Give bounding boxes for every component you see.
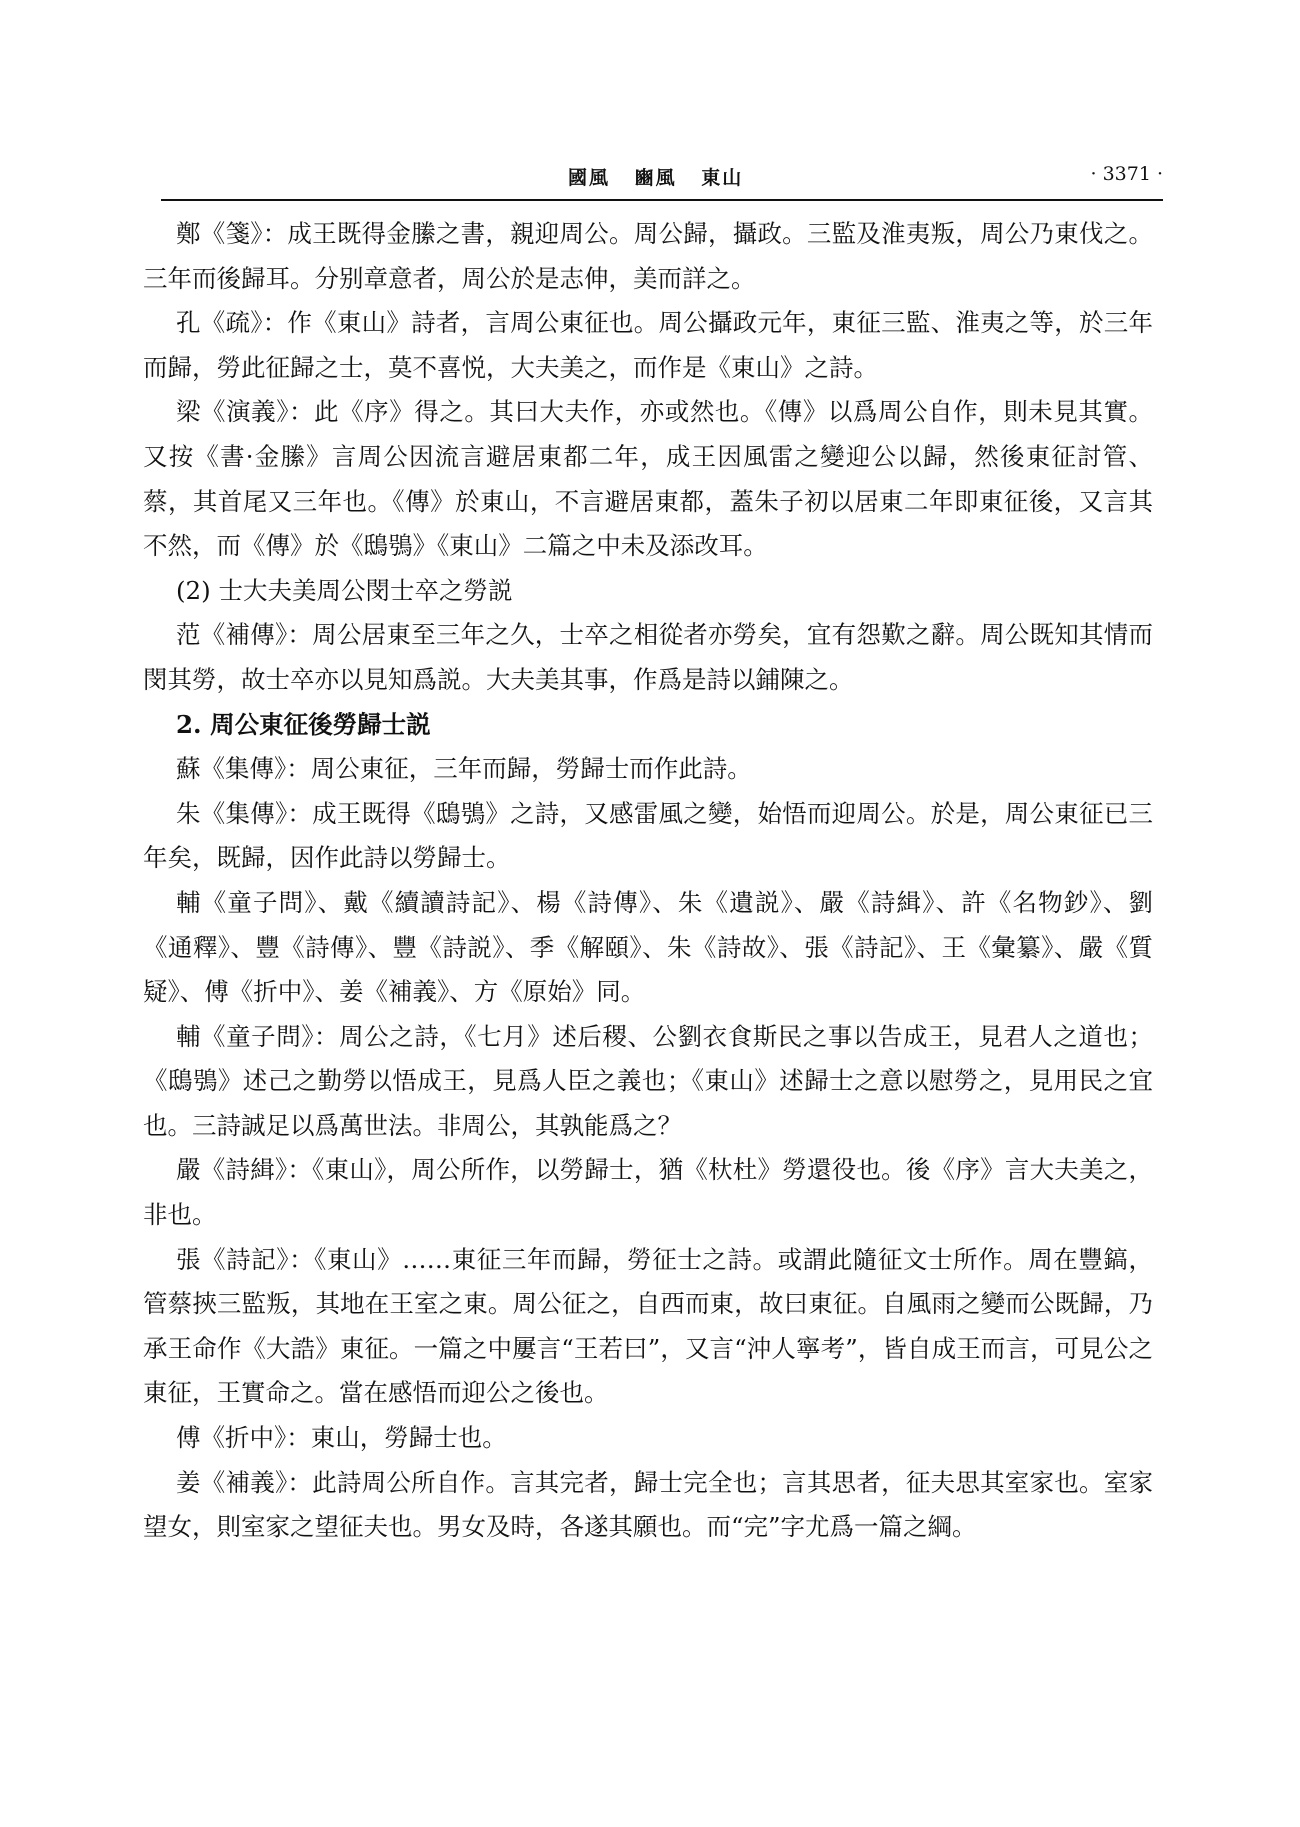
running-title-section: 國風 xyxy=(568,167,610,189)
paragraph-zhang-shiji: 張《詩記》：《東山》……東征三年而歸，勞征士之詩。或謂此隨征文士所作。周在豐鎬，… xyxy=(143,1238,1153,1416)
page-number: · 3371 · xyxy=(1090,163,1163,185)
paragraph-fu-tongziwen: 輔《童子問》：周公之詩，《七月》述后稷、公劉衣食斯民之事以告成王，見君人之道也；… xyxy=(143,1015,1153,1149)
section-heading-main-2: 2. 周公東征後勞歸士説 xyxy=(143,703,1153,748)
header-rule xyxy=(161,199,1163,201)
paragraph-kong-shu: 孔《疏》：作《東山》詩者，言周公東征也。周公攝政元年，東征三監、淮夷之等，於三年… xyxy=(143,301,1153,390)
running-title: 國風 豳風 東山 xyxy=(568,163,759,190)
paragraph-liang-yanyi: 梁《演義》：此《序》得之。其曰大夫作，亦或然也。《傳》以爲周公自作，則未見其實。… xyxy=(143,390,1153,568)
section-heading-2: (2) 士大夫美周公閔士卒之勞説 xyxy=(143,569,1153,614)
paragraph-fu-zhezhong: 傅《折中》：東山，勞歸士也。 xyxy=(143,1416,1153,1461)
body-text: 鄭《箋》：成王既得金縢之書，親迎周公。周公歸，攝政。三監及淮夷叛，周公乃東伐之。… xyxy=(143,212,1153,1550)
paragraph-fan-buzhuan: 范《補傳》：周公居東至三年之久，士卒之相從者亦勞矣，宜有怨歎之辭。周公既知其情而… xyxy=(143,613,1153,702)
paragraph-zheng-jian: 鄭《箋》：成王既得金縢之書，親迎周公。周公歸，攝政。三監及淮夷叛，周公乃東伐之。… xyxy=(143,212,1153,301)
running-title-subsection: 豳風 xyxy=(635,167,677,189)
paragraph-jiang-buyi: 姜《補義》：此詩周公所自作。言其完者，歸士完全也；言其思者，征夫思其室家也。室家… xyxy=(143,1461,1153,1550)
paragraph-same-view-list: 輔《童子問》、戴《續讀詩記》、楊《詩傳》、朱《遺説》、嚴《詩緝》、許《名物鈔》、… xyxy=(143,881,1153,1015)
page-header: 國風 豳風 東山 · 3371 · xyxy=(163,163,1163,203)
paragraph-yan-shiji: 嚴《詩緝》：《東山》，周公所作，以勞歸士，猶《杕杜》勞還役也。後《序》言大夫美之… xyxy=(143,1148,1153,1237)
running-title-poem: 東山 xyxy=(701,167,743,189)
paragraph-zhu-jizhuan: 朱《集傳》：成王既得《鴟鴞》之詩，又感雷風之變，始悟而迎周公。於是，周公東征已三… xyxy=(143,792,1153,881)
paragraph-su-jizhuan: 蘇《集傳》：周公東征，三年而歸，勞歸士而作此詩。 xyxy=(143,747,1153,792)
